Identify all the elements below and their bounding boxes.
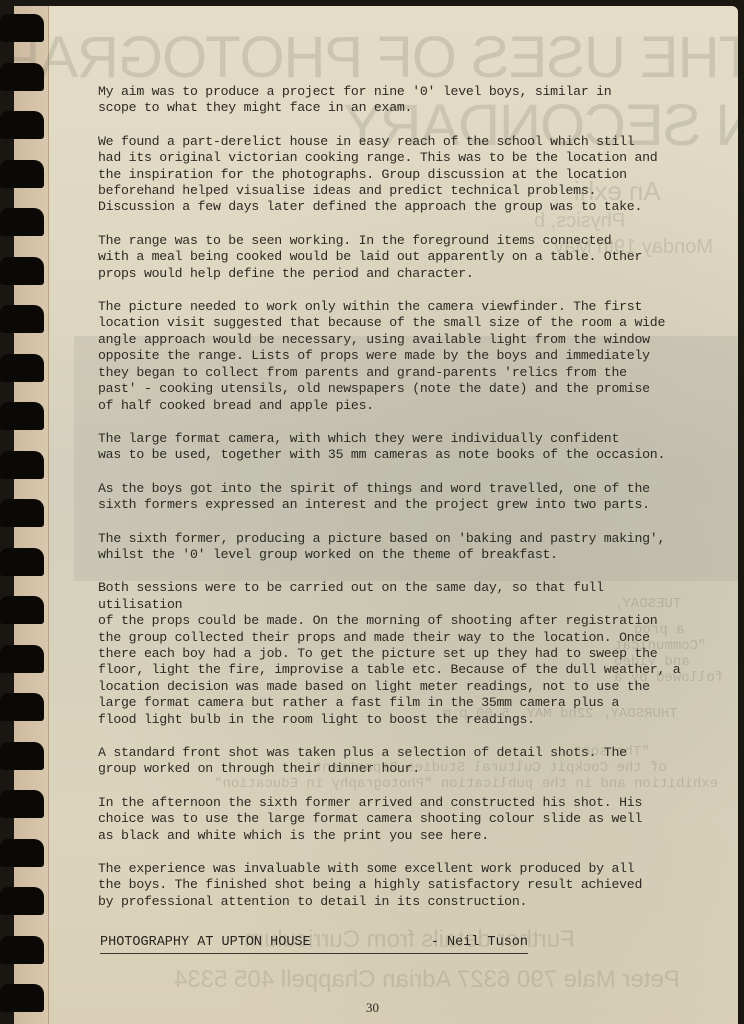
spiral-ring [0, 499, 44, 527]
spiral-ring [0, 645, 44, 673]
paragraph: As the boys got into the spirit of thing… [98, 481, 688, 514]
paragraph: The sixth former, producing a picture ba… [98, 531, 688, 564]
article-body: My aim was to produce a project for nine… [98, 84, 688, 927]
paragraph: The experience was invaluable with some … [98, 861, 688, 910]
spiral-ring [0, 14, 44, 42]
show-through-heading-1: THE USES OF PHOTOGRAPHY [54, 24, 738, 91]
spiral-ring [0, 790, 44, 818]
article-author: - Neil Tuson [431, 935, 528, 950]
paragraph: The range was to be seen working. In the… [98, 233, 688, 282]
spiral-ring [0, 742, 44, 770]
paragraph: A standard front shot was taken plus a s… [98, 745, 688, 778]
spiral-ring [0, 160, 44, 188]
spiral-ring [0, 305, 44, 333]
page-number: 30 [366, 1000, 379, 1016]
paragraph: Both sessions were to be carried out on … [98, 580, 688, 728]
show-through-line: Peter Male 790 6327 Adrian Chappell 405 … [174, 966, 680, 994]
spiral-ring [0, 887, 44, 915]
spiral-ring [0, 257, 44, 285]
spiral-ring [0, 63, 44, 91]
spiral-ring [0, 984, 44, 1012]
spiral-ring [0, 111, 44, 139]
spiral-ring [0, 208, 44, 236]
paragraph: In the afternoon the sixth former arrive… [98, 795, 688, 844]
article-title: PHOTOGRAPHY AT UPTON HOUSE [100, 935, 311, 950]
paragraph: We found a part-derelict house in easy r… [98, 134, 688, 216]
spiral-binding [0, 0, 48, 1024]
spiral-ring [0, 839, 44, 867]
spiral-ring [0, 596, 44, 624]
spiral-ring [0, 936, 44, 964]
article-byline: PHOTOGRAPHY AT UPTON HOUSE - Neil Tuson [100, 935, 528, 954]
spiral-ring [0, 354, 44, 382]
paragraph: The picture needed to work only within t… [98, 299, 688, 414]
spiral-ring [0, 402, 44, 430]
document-page: THE USES OF PHOTOGRAPHY IN SECONDARY An … [14, 6, 738, 1024]
spiral-ring [0, 548, 44, 576]
spiral-ring [0, 451, 44, 479]
spiral-ring [0, 693, 44, 721]
paragraph: My aim was to produce a project for nine… [98, 84, 688, 117]
paragraph: The large format camera, with which they… [98, 431, 688, 464]
